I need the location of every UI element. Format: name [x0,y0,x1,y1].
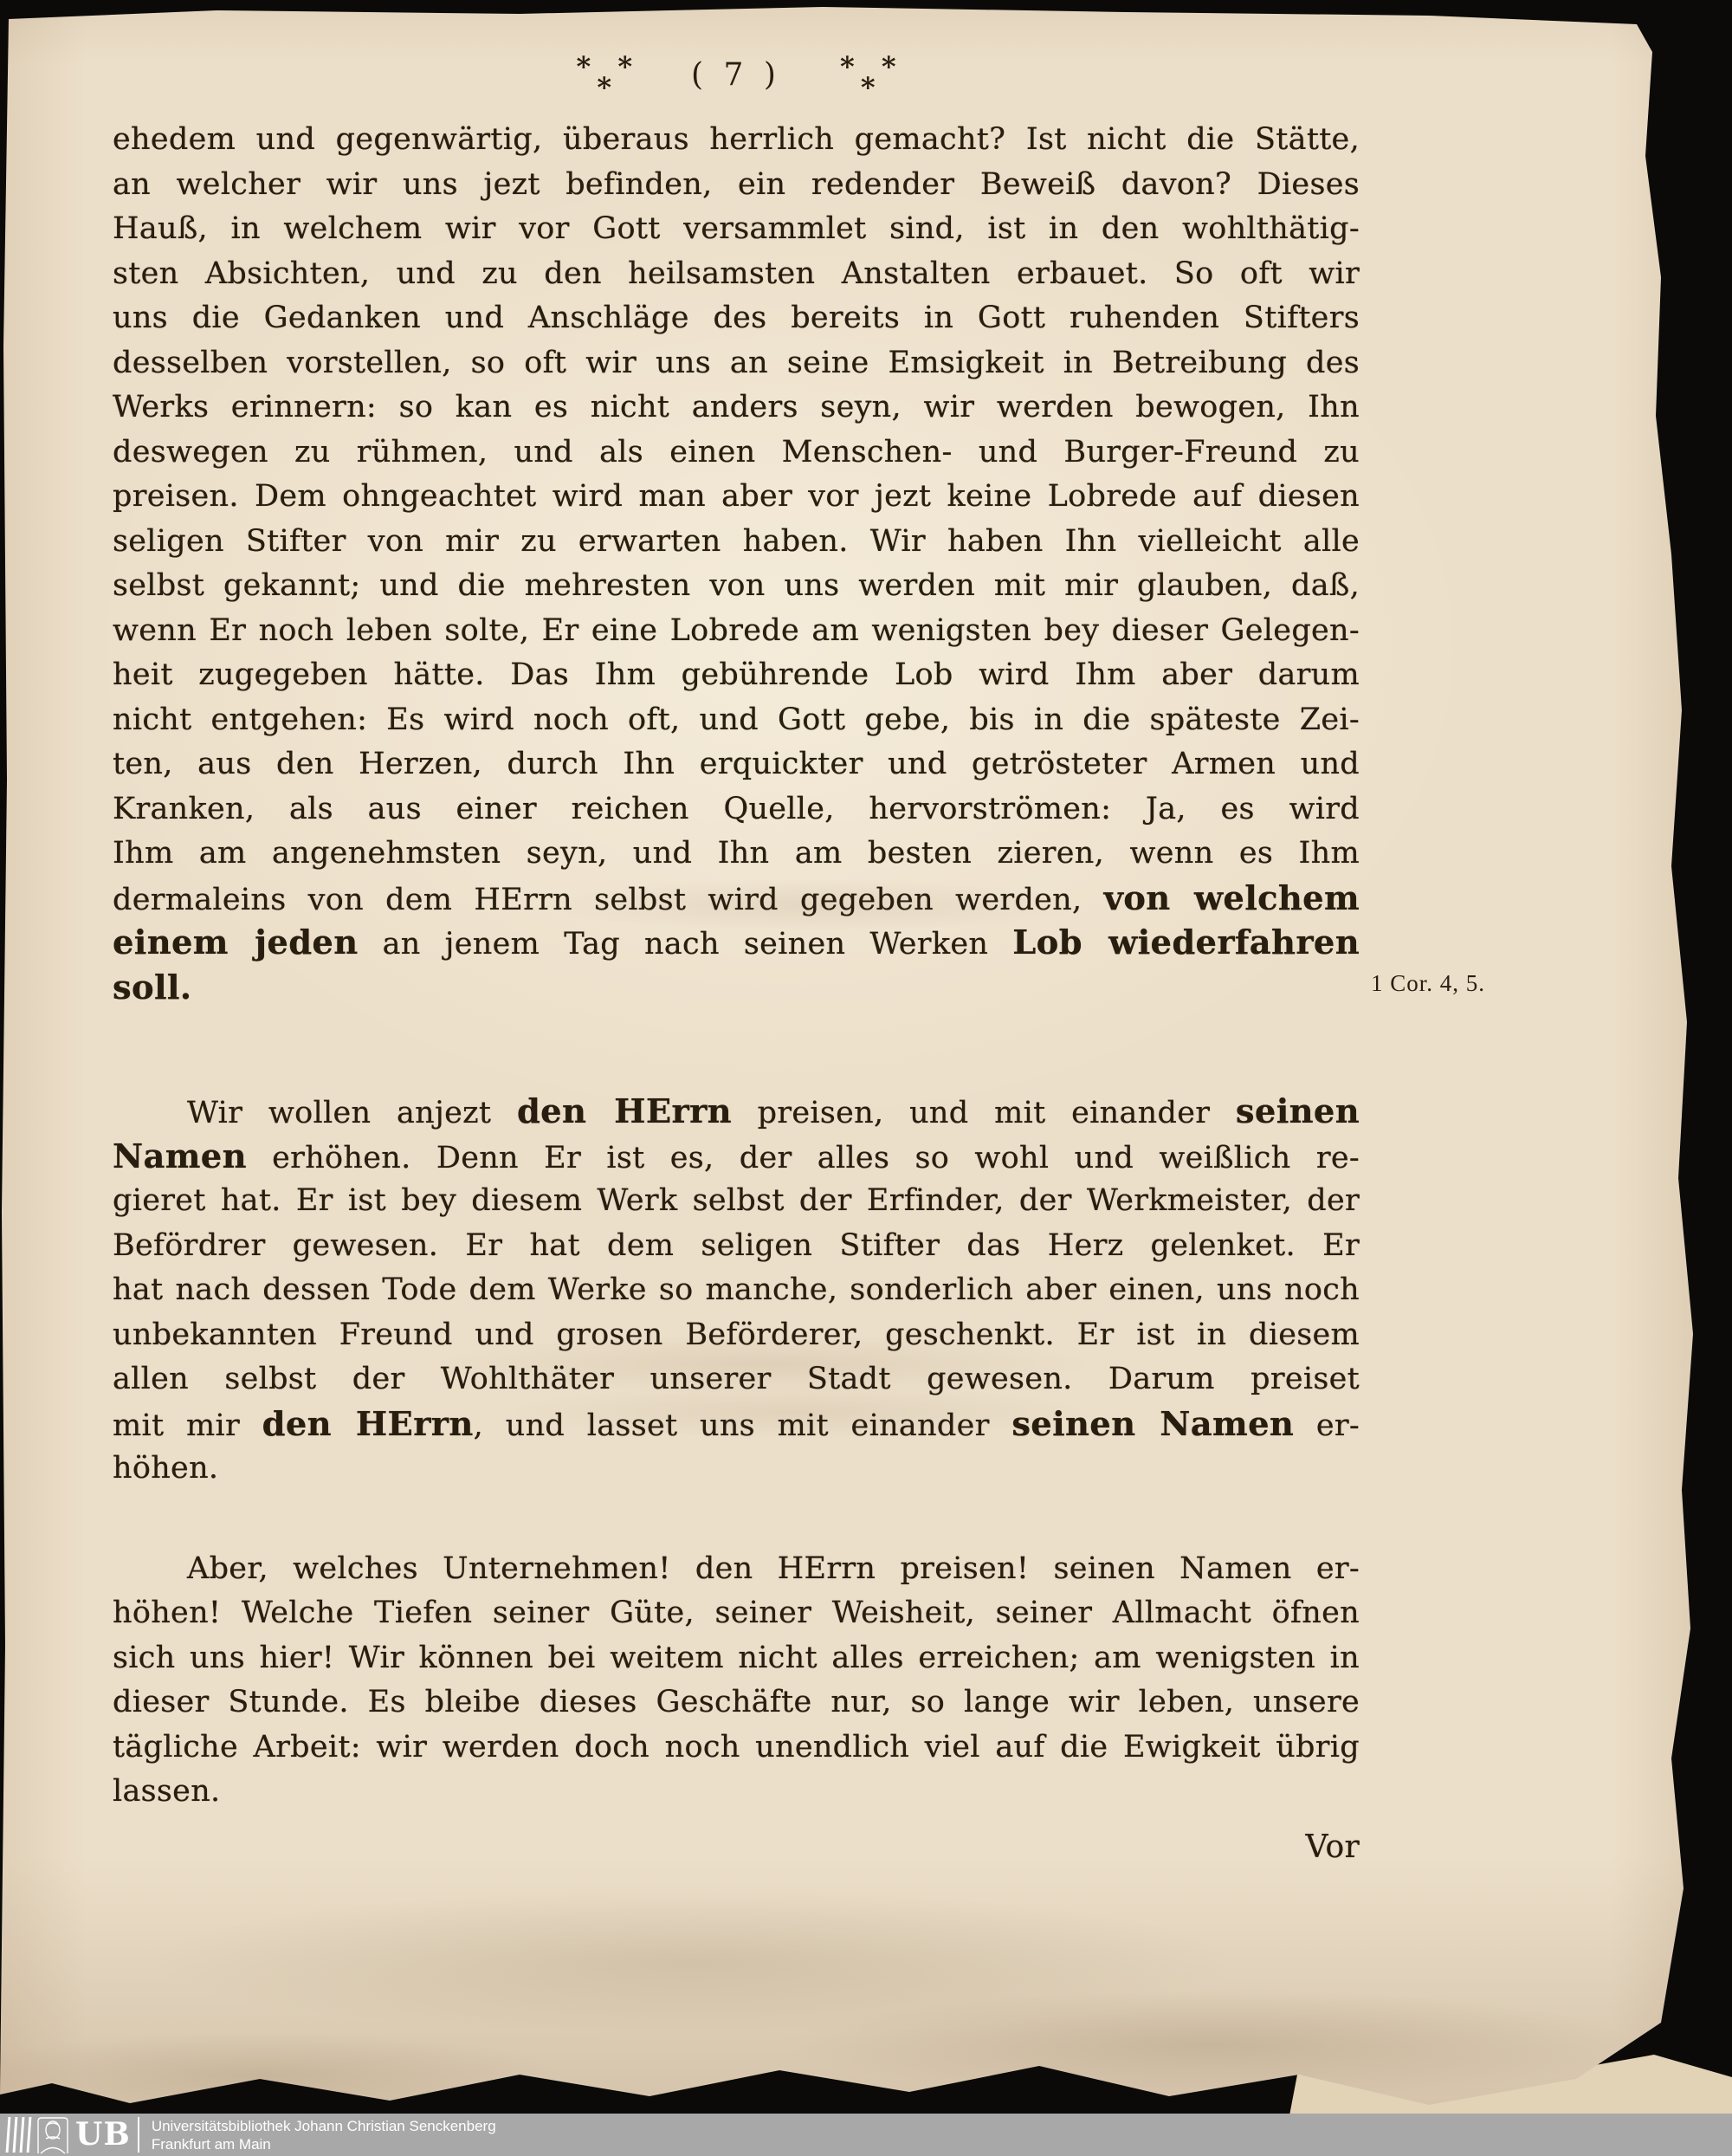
body-text: erhöhen. Denn Er ist es, der alles so wo… [247,1141,1360,1175]
catchword: Vor [113,1825,1360,1870]
body-text: Aber, welches Unternehmen! den HErrn pre… [187,1551,1360,1586]
emphasized-text: einem jeden [113,923,359,962]
portrait-icon [36,2116,70,2154]
body-text: höhen! Welche Tiefen seiner Güte, seiner… [113,1596,1360,1630]
ornament-row: * [597,76,611,99]
library-footer-bar: UB Universitätsbibliothek Johann Christi… [0,2114,1732,2156]
text-line: tägliche Arbeit: wir werden doch noch un… [113,1725,1360,1771]
text-line: gieret hat. Er ist bey diesem Werk selbs… [113,1179,1360,1224]
body-text: Befördrer gewesen. Er hat dem seligen St… [113,1228,1360,1263]
body-text: dermaleins von dem HErrn selbst wird geg… [113,883,1104,917]
body-text: ehedem und gegenwärtig, überaus herrlich… [113,122,1360,157]
body-text: Hauß, in welchem wir vor Gott versammlet… [113,211,1360,246]
paragraph: Aber, welches Unternehmen! den HErrn pre… [113,1547,1360,1815]
text-line: hat nach dessen Tode dem Werke so manche… [113,1268,1360,1313]
text-line: höhen. [113,1447,1360,1492]
body-text: nicht entgehen: Es wird noch oft, und Go… [113,702,1360,737]
text-line: an welcher wir uns jezt befinden, ein re… [113,163,1360,208]
text-line: wenn Er noch leben solte, Er eine Lobred… [113,609,1360,654]
text-line: seligen Stifter von mir zu erwarten habe… [113,520,1360,565]
text-line: sich uns hier! Wir können bei weitem nic… [113,1636,1360,1681]
body-text: Ihm am angenehmsten seyn, und Ihn am bes… [113,836,1360,871]
body-text: lassen. [113,1774,220,1809]
text-line: mit mir den HErrn, und lasset uns mit ei… [113,1402,1360,1447]
text-line: sten Absichten, und zu den heilsamsten A… [113,252,1360,297]
body-text: er- [1294,1408,1360,1443]
body-text: deswegen zu rühmen, und als einen Mensch… [113,435,1360,469]
ub-logo-text: UB [75,2114,131,2156]
body-text: höhen. [113,1451,218,1486]
body-text: allen selbst der Wohlthäter unserer Stad… [113,1362,1360,1396]
text-line: nicht entgehen: Es wird noch oft, und Go… [113,698,1360,743]
body-text: tägliche Arbeit: wir werden doch noch un… [113,1730,1360,1764]
body-text: selbst gekannt; und die mehresten von un… [113,568,1360,603]
ornament-row: * [861,76,876,99]
body-text: mit mir [113,1408,262,1443]
text-line: deswegen zu rühmen, und als einen Mensch… [113,431,1360,476]
text-line: Ihm am angenehmsten seyn, und Ihn am bes… [113,832,1360,877]
body-text: dieser Stunde. Es bleibe dieses Geschäft… [113,1685,1360,1719]
margin-note-scripture-reference: 1 Cor. 4, 5. [1371,970,1485,997]
emphasized-text: seinen [1236,1092,1360,1131]
text-line: ten, aus den Herzen, durch Ihn erquickte… [113,742,1360,787]
body-text: an jenem Tag nach seinen Werken [359,927,1013,961]
text-line: dieser Stunde. Es bleibe dieses Geschäft… [113,1680,1360,1725]
paragraph: ehedem und gegenwärtig, überaus herrlich… [113,118,1360,1010]
text-line: selbst gekannt; und die mehresten von un… [113,564,1360,609]
body-text: wenn Er noch leben solte, Er eine Lobred… [113,613,1360,648]
page-number: ( 7 ) [691,55,781,93]
body-text: gieret hat. Er ist bey diesem Werk selbs… [113,1183,1360,1218]
library-location: Frankfurt am Main [152,2135,496,2153]
emphasized-text: Lob wiederfahren [1012,923,1360,962]
text-line: einem jeden an jenem Tag nach seinen Wer… [113,921,1360,966]
body-text: , und lasset uns mit einander [474,1408,1012,1443]
text-line: Wir wollen anjezt den HErrn preisen, und… [113,1090,1360,1135]
logo-lines-icon [7,2114,36,2156]
text-line: ehedem und gegenwärtig, überaus herrlich… [113,118,1360,163]
body-text: ten, aus den Herzen, durch Ihn erquickte… [113,747,1360,781]
body-text: hat nach dessen Tode dem Werke so manche… [113,1272,1360,1307]
body-text: Werks erinnern: so kan es nicht anders s… [113,390,1360,424]
library-name: Universitätsbibliothek Johann Christian … [152,2117,496,2135]
text-block: ehedem und gegenwärtig, überaus herrlich… [113,118,1360,1869]
asterisk-ornament-left-icon: * * * [567,55,641,99]
emphasized-text: den HErrn [262,1405,474,1444]
body-text: unbekannten Freund und grosen Beförderer… [113,1318,1360,1352]
text-line: unbekannten Freund und grosen Beförderer… [113,1313,1360,1358]
text-line: Kranken, als aus einer reichen Quelle, h… [113,787,1360,832]
body-text: heit zugegeben hätte. Das Ihm gebührende… [113,657,1360,692]
emphasized-text: seinen Namen [1011,1405,1294,1444]
body-text: uns die Gedanken und Anschläge des berei… [113,301,1360,335]
text-line: Aber, welches Unternehmen! den HErrn pre… [113,1547,1360,1592]
body-text: preisen. Dem ohngeachtet wird man aber v… [113,479,1360,514]
text-line: Befördrer gewesen. Er hat dem seligen St… [113,1224,1360,1269]
body-text: sten Absichten, und zu den heilsamsten A… [113,256,1360,291]
logo-divider [138,2117,139,2153]
text-line: desselben vorstellen, so oft wir uns an … [113,341,1360,386]
body-text: an welcher wir uns jezt befinden, ein re… [113,167,1360,202]
text-line: Hauß, in welchem wir vor Gott versammlet… [113,207,1360,252]
text-line: preisen. Dem ohngeachtet wird man aber v… [113,475,1360,520]
text-line: uns die Gedanken und Anschläge des berei… [113,296,1360,341]
ub-logo: UB [0,2114,139,2156]
page-header: * * * ( 7 ) * * * [113,55,1360,99]
text-line: Werks erinnern: so kan es nicht anders s… [113,385,1360,431]
asterisk-ornament-right-icon: * * * [831,55,905,99]
body-text: Wir wollen anjezt [187,1096,517,1130]
text-line: heit zugegeben hätte. Das Ihm gebührende… [113,653,1360,698]
emphasized-text: von welchem [1104,879,1360,918]
text-line: höhen! Welche Tiefen seiner Güte, seiner… [113,1591,1360,1636]
text-line: lassen. [113,1770,1360,1815]
body-text: Kranken, als aus einer reichen Quelle, h… [113,792,1360,826]
text-line: Namen erhöhen. Denn Er ist es, der alles… [113,1135,1360,1180]
emphasized-text: soll. [113,968,192,1007]
text-line: allen selbst der Wohlthäter unserer Stad… [113,1357,1360,1402]
text-line: soll. [113,966,1360,1011]
body-text: desselben vorstellen, so oft wir uns an … [113,346,1360,380]
body-text: seligen Stifter von mir zu erwarten habe… [113,524,1360,559]
paragraph: Wir wollen anjezt den HErrn preisen, und… [113,1090,1360,1492]
body-text: preisen, und mit einander [732,1096,1236,1130]
body-text: sich uns hier! Wir können bei weitem nic… [113,1641,1360,1675]
emphasized-text: den HErrn [517,1092,732,1131]
text-line: dermaleins von dem HErrn selbst wird geg… [113,877,1360,922]
library-info: Universitätsbibliothek Johann Christian … [152,2117,496,2153]
emphasized-text: Namen [113,1137,247,1176]
